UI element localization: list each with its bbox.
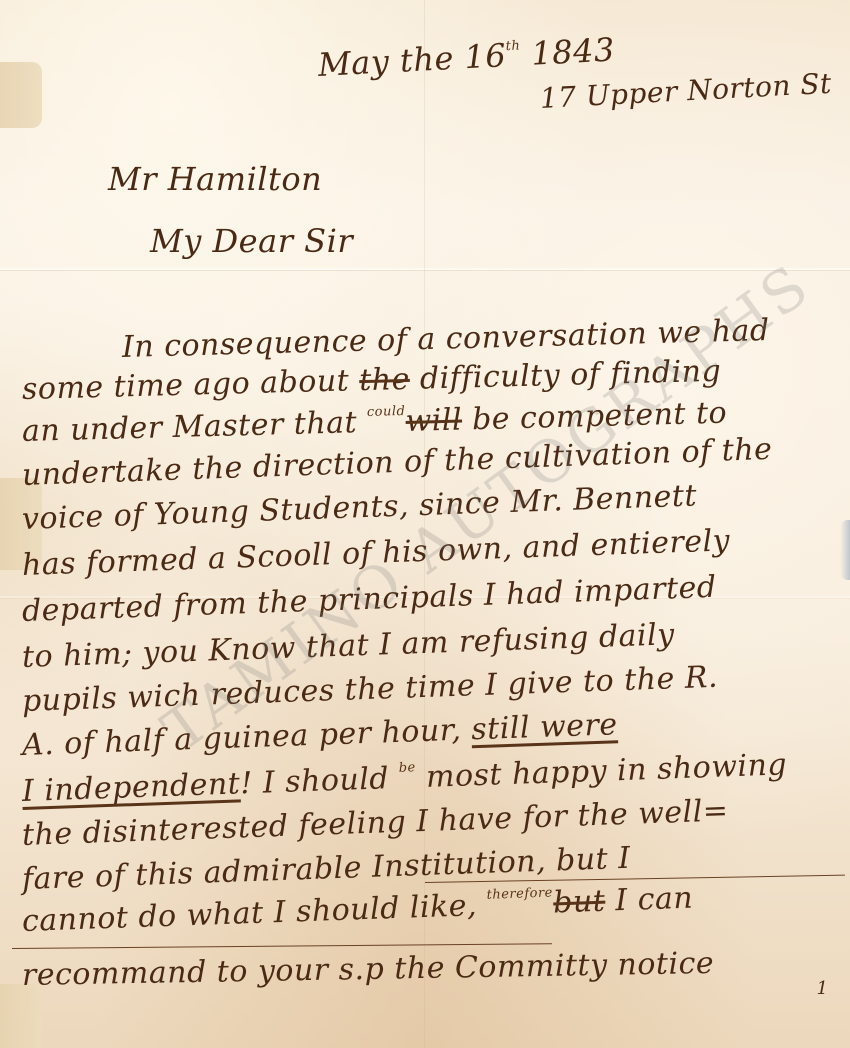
paper-fold-line — [0, 268, 850, 270]
inserted-word: could — [367, 404, 406, 420]
struck-word: the — [359, 362, 411, 398]
paper-edge-tear — [840, 520, 850, 580]
underlined-phrase: still were — [471, 707, 618, 747]
salutation: My Dear Sir — [150, 222, 353, 260]
inserted-word: therefore — [486, 885, 553, 902]
page-number: 1 — [817, 978, 828, 999]
tape-remnant — [0, 984, 42, 1048]
struck-word: will — [405, 402, 462, 438]
inserted-word: be — [398, 760, 416, 776]
addressee: Mr Hamilton — [108, 160, 322, 198]
tape-remnant — [0, 62, 42, 128]
struck-word: but — [553, 884, 606, 921]
